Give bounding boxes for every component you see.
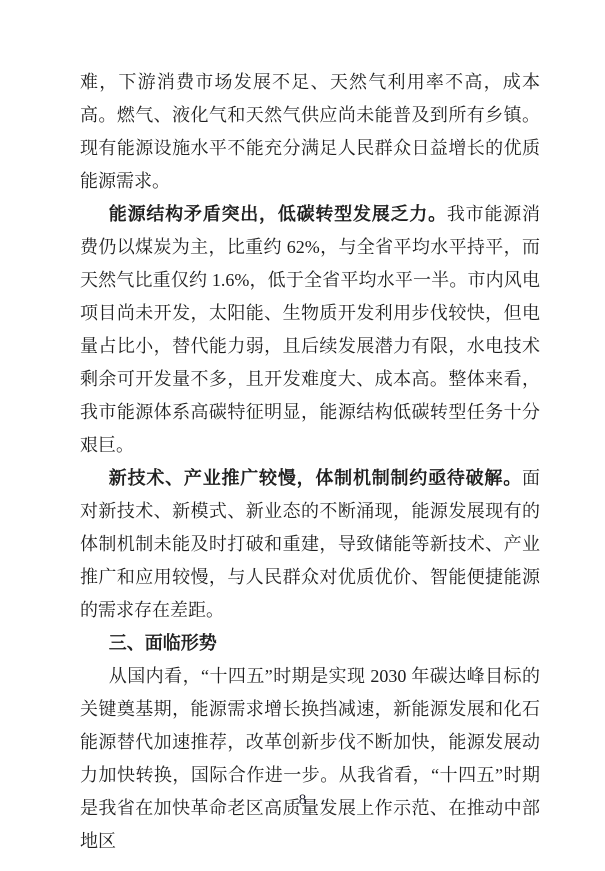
paragraph-lead: 能源结构矛盾突出，低碳转型发展乏力。 xyxy=(109,204,447,224)
document-page: 难，下游消费市场发展不足、天然气利用率不高，成本高。燃气、液化气和天然气供应尚未… xyxy=(0,0,605,871)
page-number: 8 xyxy=(0,791,605,809)
paragraph-lead: 新技术、产业推广较慢，体制机制制约亟待破解。 xyxy=(109,468,522,488)
document-body: 难，下游消费市场发展不足、天然气利用率不高，成本高。燃气、液化气和天然气供应尚未… xyxy=(80,66,540,858)
paragraph: 从国内看，“十四五”时期是实现 2030 年碳达峰目标的关键奠基期，能源需求增长… xyxy=(80,660,540,858)
paragraph: 能源结构矛盾突出，低碳转型发展乏力。我市能源消费仍以煤炭为主，比重约 62%，与… xyxy=(80,198,540,462)
paragraph: 新技术、产业推广较慢，体制机制制约亟待破解。面对新技术、新模式、新业态的不断涌现… xyxy=(80,462,540,627)
section-heading: 三、面临形势 xyxy=(80,627,540,660)
paragraph: 难，下游消费市场发展不足、天然气利用率不高，成本高。燃气、液化气和天然气供应尚未… xyxy=(80,66,540,198)
